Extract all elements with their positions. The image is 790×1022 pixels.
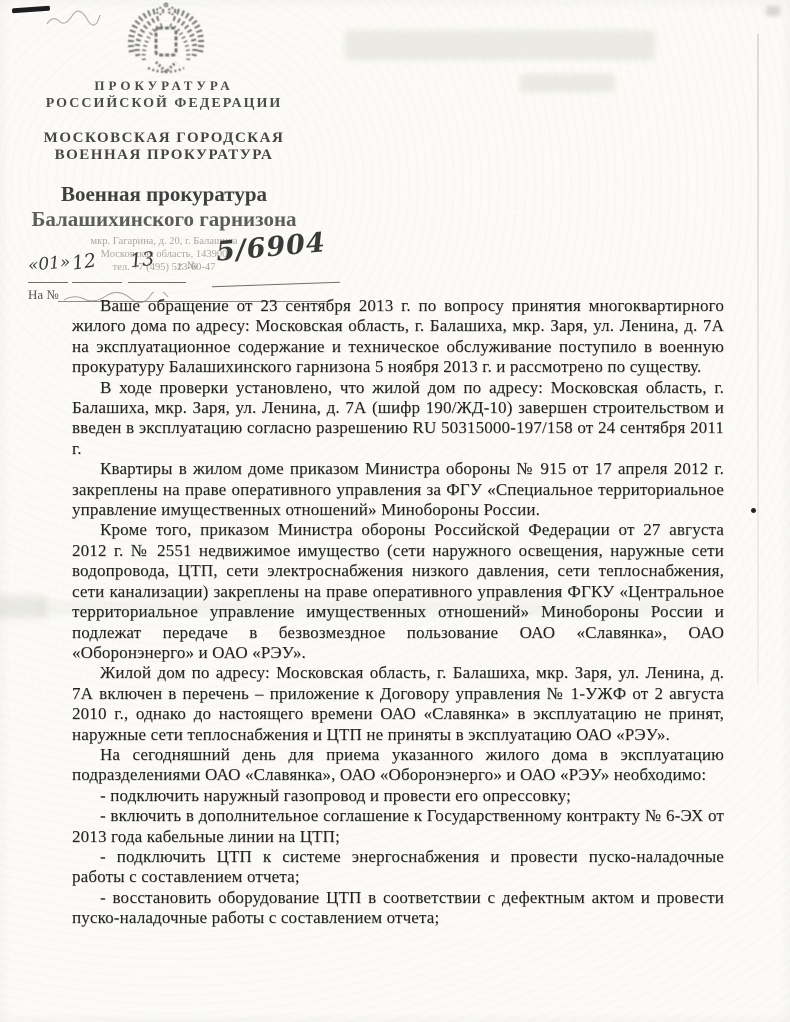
handwritten-date-month: 12	[71, 249, 98, 274]
paragraph: Квартиры в жилом доме приказом Министра …	[72, 459, 724, 520]
reply-to-reference: На №	[28, 286, 59, 304]
ink-dot	[751, 508, 756, 513]
reply-to-label: На №	[28, 287, 59, 302]
list-item: - подключить наружный газопровод и прове…	[72, 786, 724, 806]
blank-line	[28, 282, 68, 283]
paragraph: Кроме того, приказом Министра обороны Ро…	[72, 520, 724, 663]
page-fold-line	[757, 34, 759, 684]
blank-line	[72, 282, 122, 283]
coat-of-arms-icon	[118, 2, 214, 78]
handwritten-date-day: «01»	[27, 252, 71, 276]
smudge	[766, 6, 780, 16]
blank-line	[212, 282, 340, 287]
unit-name-line: Военная прокуратура	[26, 182, 302, 207]
blank-line	[128, 282, 186, 283]
list-item: - восстановить оборудование ЦТП в соотве…	[72, 888, 724, 929]
letter-body: Ваше обращение от 23 сентября 2013 г. по…	[72, 296, 724, 929]
org-name-line: ВОЕННАЯ ПРОКУРАТУРА	[26, 147, 302, 164]
handwritten-date-year: 13	[129, 248, 155, 272]
list-item: - включить в дополнительное соглашение к…	[72, 806, 724, 847]
paragraph: На сегодняшний день для приема указанног…	[72, 745, 724, 786]
outgoing-reference: «01» 12 13 г. № 5/6904	[28, 240, 358, 290]
scanned-letter-page: ПРОКУРАТУРА РОССИЙСКОЙ ФЕДЕРАЦИИ МОСКОВС…	[0, 0, 790, 1022]
number-sign-label: г. №	[178, 260, 197, 272]
paragraph: В ходе проверки установлено, что жилой д…	[72, 378, 724, 460]
pen-scribble	[44, 10, 104, 30]
org-name-line: РОССИЙСКОЙ ФЕДЕРАЦИИ	[26, 96, 302, 112]
list-item: - подключить ЦТП к системе энергоснабжен…	[72, 847, 724, 888]
paragraph: Ваше обращение от 23 сентября 2013 г. по…	[72, 296, 724, 378]
org-name-line: ПРОКУРАТУРА	[26, 78, 302, 94]
paragraph: Жилой дом по адресу: Московская область,…	[72, 663, 724, 745]
whiteout-streak	[520, 74, 615, 92]
whiteout-streak	[345, 30, 655, 60]
org-name-line: МОСКОВСКАЯ ГОРОДСКАЯ	[26, 130, 302, 147]
unit-name-line: Балашихинского гарнизона	[26, 207, 302, 232]
